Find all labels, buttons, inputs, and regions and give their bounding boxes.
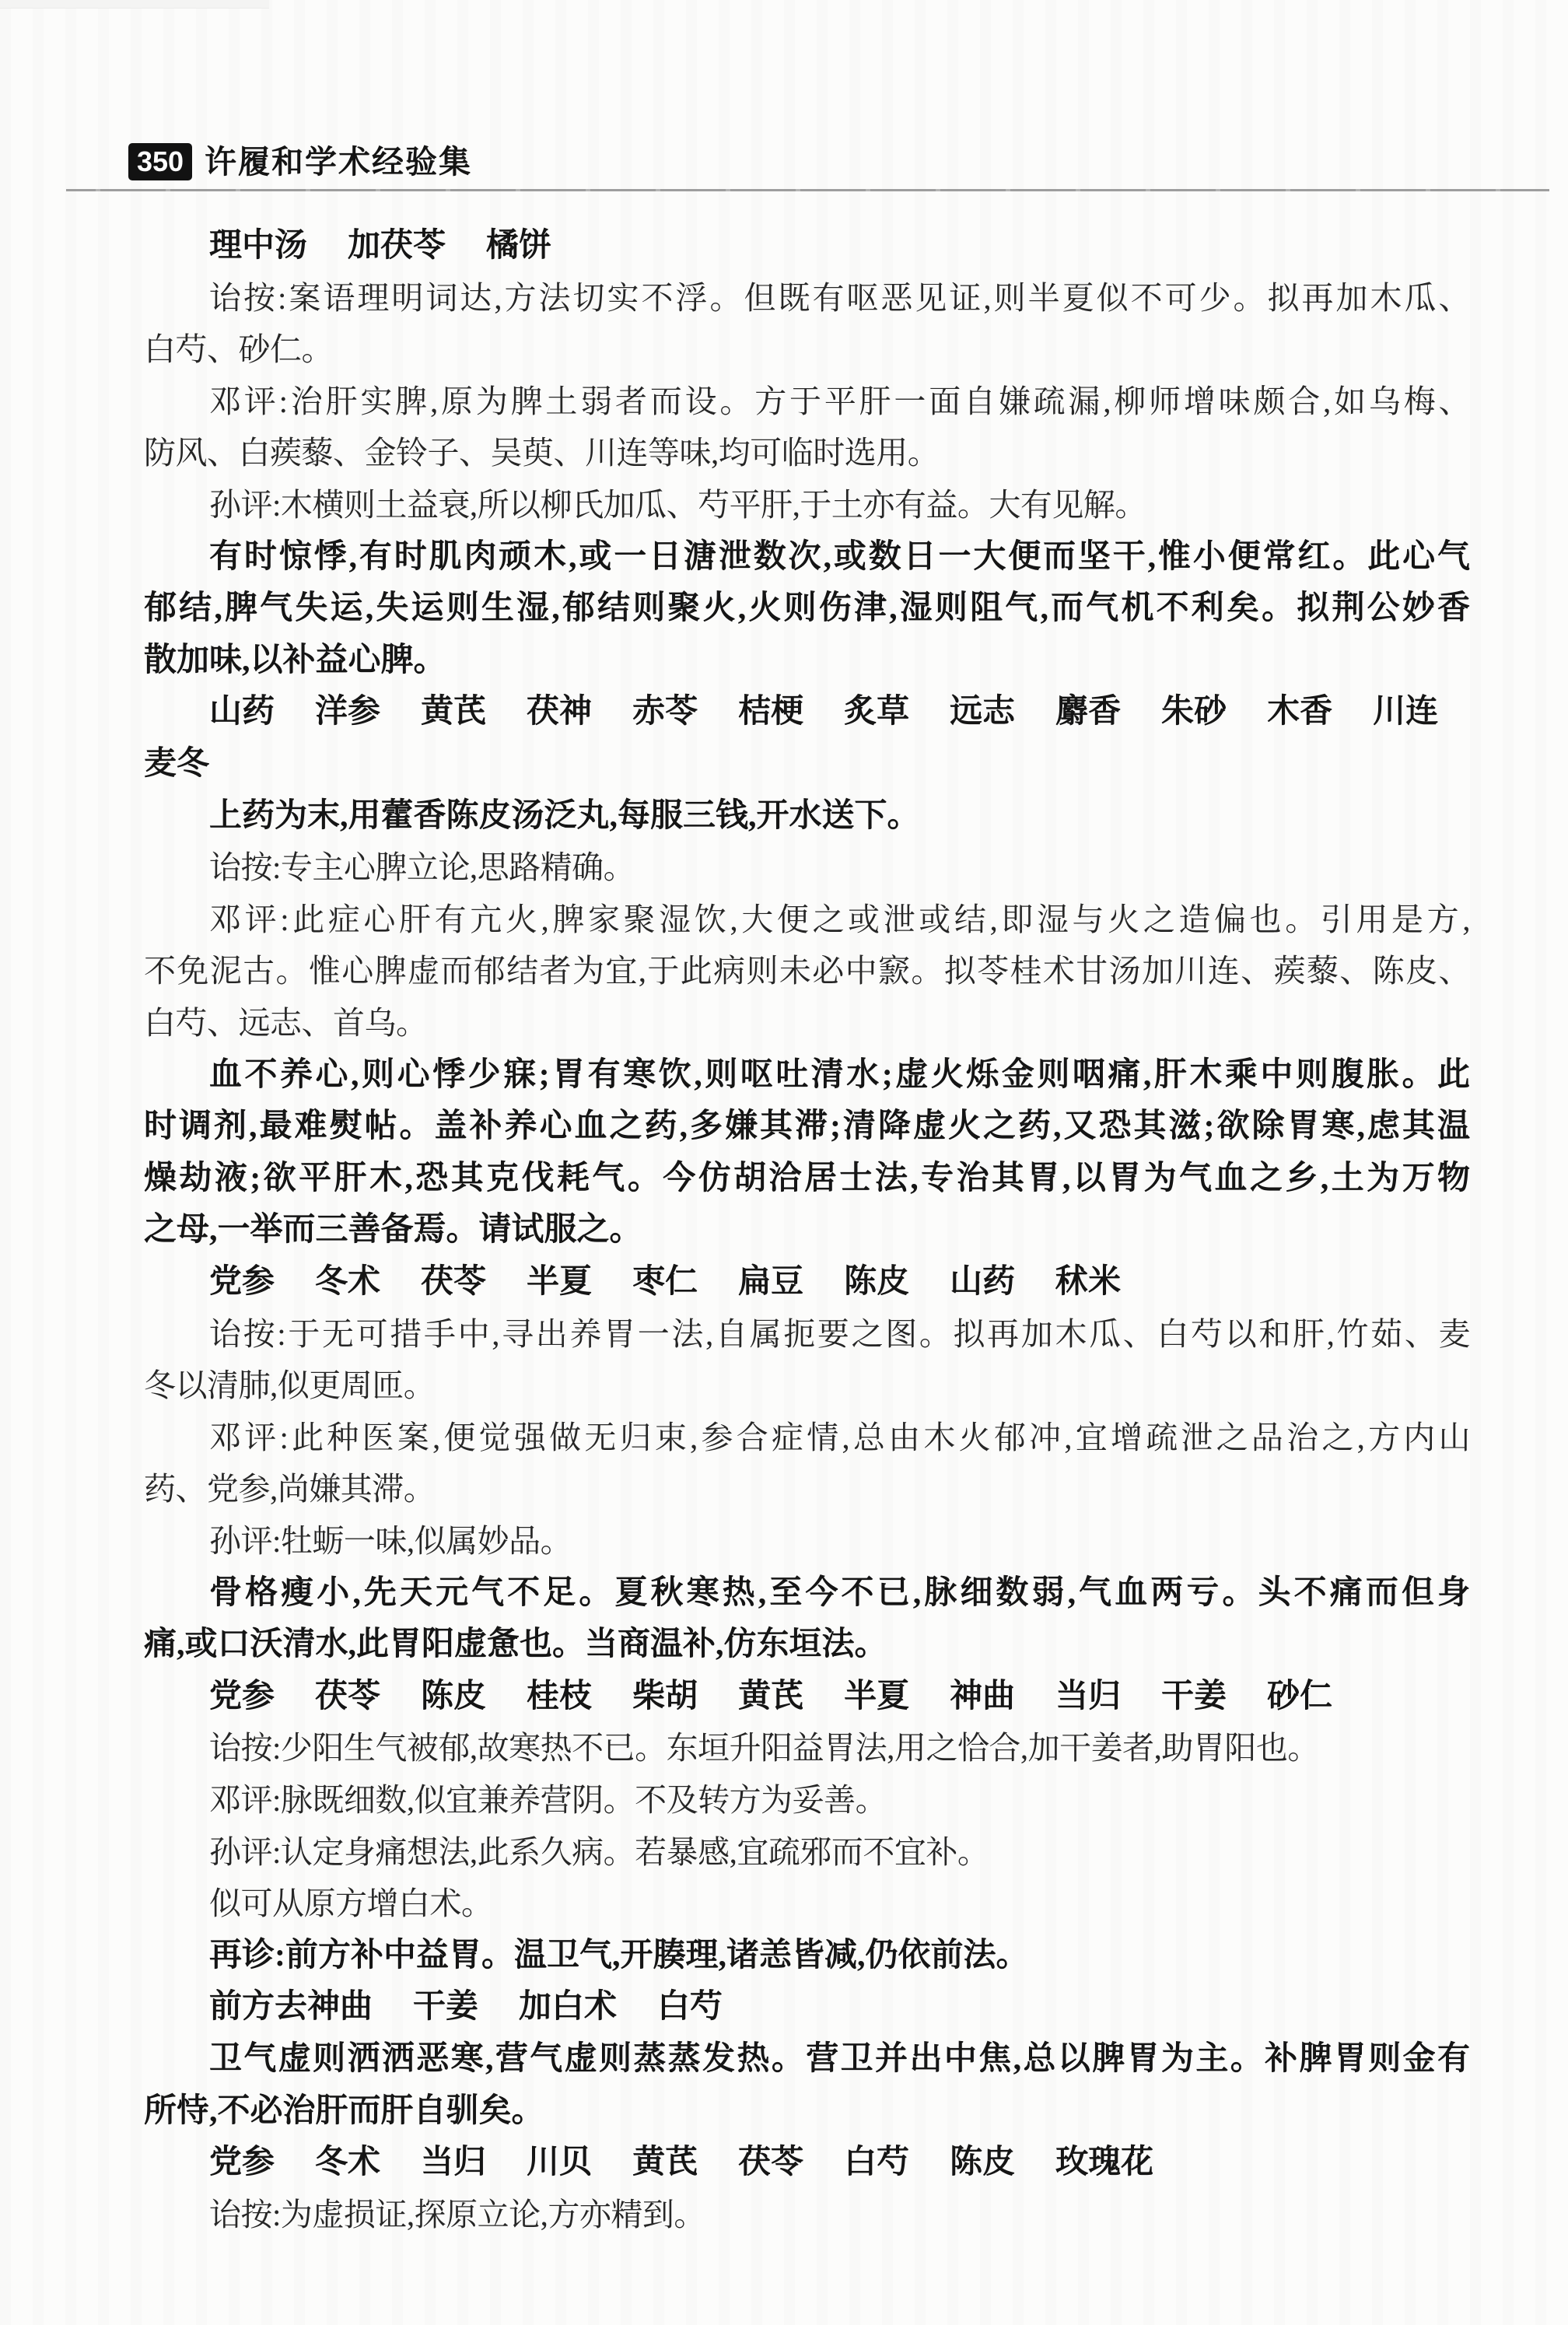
drug-item: 党参 bbox=[209, 1679, 275, 1714]
text-line: 郁结,脾气失运,失运则生湿,郁结则聚火,火则伤津,湿则阻气,而气机不利矣。拟荆公… bbox=[144, 583, 1470, 635]
drug-item: 黄芪 bbox=[738, 1679, 803, 1714]
drug-item: 半夏 bbox=[527, 1264, 592, 1300]
drug-item: 冬术 bbox=[315, 2145, 380, 2180]
drug-item: 枣仁 bbox=[632, 1264, 698, 1300]
drug-item: 桂枝 bbox=[527, 1679, 592, 1714]
text-line: 邓评:此症心肝有亢火,脾家聚湿饮,大便之或泄或结,即湿与火之造偏也。引用是方, bbox=[144, 894, 1470, 946]
scan-artifact-band bbox=[0, 0, 269, 9]
text-line: 不免泥古。惟心脾虚而郁结者为宜,于此病则未必中窾。拟苓桂术甘汤加川连、蒺藜、陈皮… bbox=[144, 945, 1470, 997]
drug-item: 冬术 bbox=[315, 1264, 380, 1300]
text-line: 再诊:前方补中益胃。温卫气,开腠理,诸恙皆减,仍依前法。 bbox=[144, 1930, 1470, 1982]
text-line: 邓评:此种医案,便觉强做无归束,参合症情,总由木火郁冲,宜增疏泄之品治之,方内山 bbox=[144, 1412, 1470, 1464]
drug-item: 山药 bbox=[209, 694, 275, 730]
drug-item: 桔梗 bbox=[738, 694, 803, 730]
text-line: 诒按:专主心脾立论,思路精确。 bbox=[144, 842, 1470, 894]
drug-item: 川连 bbox=[1373, 694, 1438, 730]
drug-item: 茯苓 bbox=[315, 1679, 380, 1714]
drug-item: 秫米 bbox=[1055, 1264, 1121, 1300]
prescription-line: 党参冬术茯苓半夏枣仁扁豆陈皮山药秫米 bbox=[144, 1256, 1470, 1308]
drug-item: 山药 bbox=[950, 1264, 1015, 1300]
text-line: 孙评:认定身痛想法,此系久病。若暴感,宜疏邪而不宜补。 bbox=[144, 1826, 1470, 1879]
drug-item: 柴胡 bbox=[632, 1679, 698, 1714]
drug-item: 白芍 bbox=[844, 2145, 909, 2180]
page-number: 350 bbox=[137, 145, 184, 178]
drug-item: 干姜 bbox=[1161, 1679, 1227, 1714]
drug-item: 党参 bbox=[209, 1264, 275, 1300]
text-line: 邓评:脉既细数,似宜兼养营阴。不及转方为妥善。 bbox=[144, 1774, 1470, 1826]
prescription-line: 理中汤加茯苓橘饼 bbox=[144, 220, 1470, 272]
header-rule bbox=[66, 189, 1549, 191]
drug-item: 橘饼 bbox=[486, 228, 551, 264]
text-line: 诒按:为虚损证,探原立论,方亦精到。 bbox=[144, 2189, 1470, 2241]
drug-item: 黄芪 bbox=[632, 2145, 698, 2180]
text-line: 冬以清肺,似更周匝。 bbox=[144, 1360, 1470, 1412]
text-line: 诒按:少阳生气被郁,故寒热不已。东垣升阳益胃法,用之恰合,加干姜者,助胃阳也。 bbox=[144, 1722, 1470, 1774]
text-line: 有时惊悸,有时肌肉顽木,或一日溏泄数次,或数日一大便而坚干,惟小便常红。此心气 bbox=[144, 531, 1470, 583]
text-line: 孙评:木横则土益衰,所以柳氏加瓜、芍平肝,于土亦有益。大有见解。 bbox=[144, 479, 1470, 531]
drug-item: 陈皮 bbox=[950, 2145, 1015, 2180]
prescription-line: 党参冬术当归川贝黄芪茯苓白芍陈皮玫瑰花 bbox=[144, 2137, 1470, 2189]
drug-item: 赤苓 bbox=[632, 694, 698, 730]
drug-item: 当归 bbox=[1055, 1679, 1121, 1714]
drug-item: 砂仁 bbox=[1267, 1679, 1332, 1714]
drug-item: 茯苓 bbox=[738, 2145, 803, 2180]
text-line: 诒按:于无可措手中,寻出养胃一法,自属扼要之图。拟再加木瓜、白芍以和肝,竹茹、麦 bbox=[144, 1308, 1470, 1360]
page-number-badge: 350 bbox=[128, 143, 192, 180]
text-line: 白芍、远志、首乌。 bbox=[144, 997, 1470, 1049]
drug-item: 陈皮 bbox=[844, 1264, 909, 1300]
text-line: 诒按:案语理明词达,方法切实不浮。但既有呕恶见证,则半夏似不可少。拟再加木瓜、 bbox=[144, 272, 1470, 324]
drug-item: 加茯苓 bbox=[348, 228, 446, 264]
drug-item: 黄芪 bbox=[421, 694, 486, 730]
drug-item: 扁豆 bbox=[738, 1264, 803, 1300]
text-line: 燥劫液;欲平肝木,恐其克伐耗气。今仿胡洽居士法,专治其胃,以胃为气血之乡,土为万… bbox=[144, 1153, 1470, 1205]
drug-item: 前方去神曲 bbox=[209, 1989, 373, 2025]
drug-item: 陈皮 bbox=[421, 1679, 486, 1714]
text-line: 血不养心,则心悸少寐;胃有寒饮,则呕吐清水;虚火烁金则咽痛,肝木乘中则腹胀。此 bbox=[144, 1049, 1470, 1101]
drug-item: 党参 bbox=[209, 2145, 275, 2180]
drug-item: 茯神 bbox=[527, 694, 592, 730]
text-line: 散加味,以补益心脾。 bbox=[144, 635, 1470, 687]
text-line: 之母,一举而三善备焉。请试服之。 bbox=[144, 1204, 1470, 1256]
text-line: 骨格瘦小,先天元气不足。夏秋寒热,至今不已,脉细数弱,气血两亏。头不痛而但身 bbox=[144, 1567, 1470, 1619]
drug-item: 木香 bbox=[1267, 694, 1332, 730]
text-line: 孙评:牡蛎一味,似属妙品。 bbox=[144, 1515, 1470, 1567]
text-line: 邓评:治肝实脾,原为脾土弱者而设。方于平肝一面自嫌疏漏,柳师增味颇合,如乌梅、 bbox=[144, 376, 1470, 428]
drug-item: 干姜 bbox=[413, 1989, 478, 2025]
text-line: 药、党参,尚嫌其滞。 bbox=[144, 1463, 1470, 1515]
text-line: 防风、白蒺藜、金铃子、吴萸、川连等味,均可临时选用。 bbox=[144, 427, 1470, 479]
drug-item: 加白术 bbox=[519, 1989, 617, 2025]
drug-item: 远志 bbox=[950, 694, 1015, 730]
prescription-line: 党参茯苓陈皮桂枝柴胡黄芪半夏神曲当归干姜砂仁 bbox=[144, 1671, 1470, 1723]
text-line: 痛,或口沃清水,此胃阳虚惫也。当商温补,仿东垣法。 bbox=[144, 1619, 1470, 1671]
text-line: 白芍、砂仁。 bbox=[144, 324, 1470, 376]
text-line: 似可从原方增白术。 bbox=[144, 1878, 1470, 1930]
text-line: 卫气虚则洒洒恶寒,营气虚则蒸蒸发热。营卫并出中焦,总以脾胃为主。补脾胃则金有 bbox=[144, 2033, 1470, 2085]
drug-item: 朱砂 bbox=[1161, 694, 1227, 730]
prescription-line: 山药洋参黄芪茯神赤苓桔梗炙草远志麝香朱砂木香川连 bbox=[144, 686, 1470, 738]
drug-item: 神曲 bbox=[950, 1679, 1015, 1714]
drug-item: 当归 bbox=[421, 2145, 486, 2180]
book-title: 许履和学术经验集 bbox=[205, 143, 472, 180]
drug-item: 玫瑰花 bbox=[1055, 2145, 1153, 2180]
drug-item: 炙草 bbox=[844, 694, 909, 730]
drug-item: 理中汤 bbox=[209, 228, 307, 264]
drug-item: 洋参 bbox=[315, 694, 380, 730]
drug-item: 茯苓 bbox=[421, 1264, 486, 1300]
text-line: 麦冬 bbox=[144, 738, 1470, 790]
text-line: 上药为末,用藿香陈皮汤泛丸,每服三钱,开水送下。 bbox=[144, 790, 1470, 842]
drug-item: 半夏 bbox=[844, 1679, 909, 1714]
drug-item: 白芍 bbox=[657, 1989, 723, 2025]
drug-item: 川贝 bbox=[527, 2145, 592, 2180]
drug-item: 麝香 bbox=[1055, 694, 1121, 730]
text-line: 所恃,不必治肝而肝自驯矣。 bbox=[144, 2085, 1470, 2138]
text-line: 时调剂,最难熨帖。盖补养心血之药,多嫌其滞;清降虚火之药,又恐其滋;欲除胃寒,虑… bbox=[144, 1101, 1470, 1153]
prescription-line: 前方去神曲干姜加白术白芍 bbox=[144, 1981, 1470, 2033]
